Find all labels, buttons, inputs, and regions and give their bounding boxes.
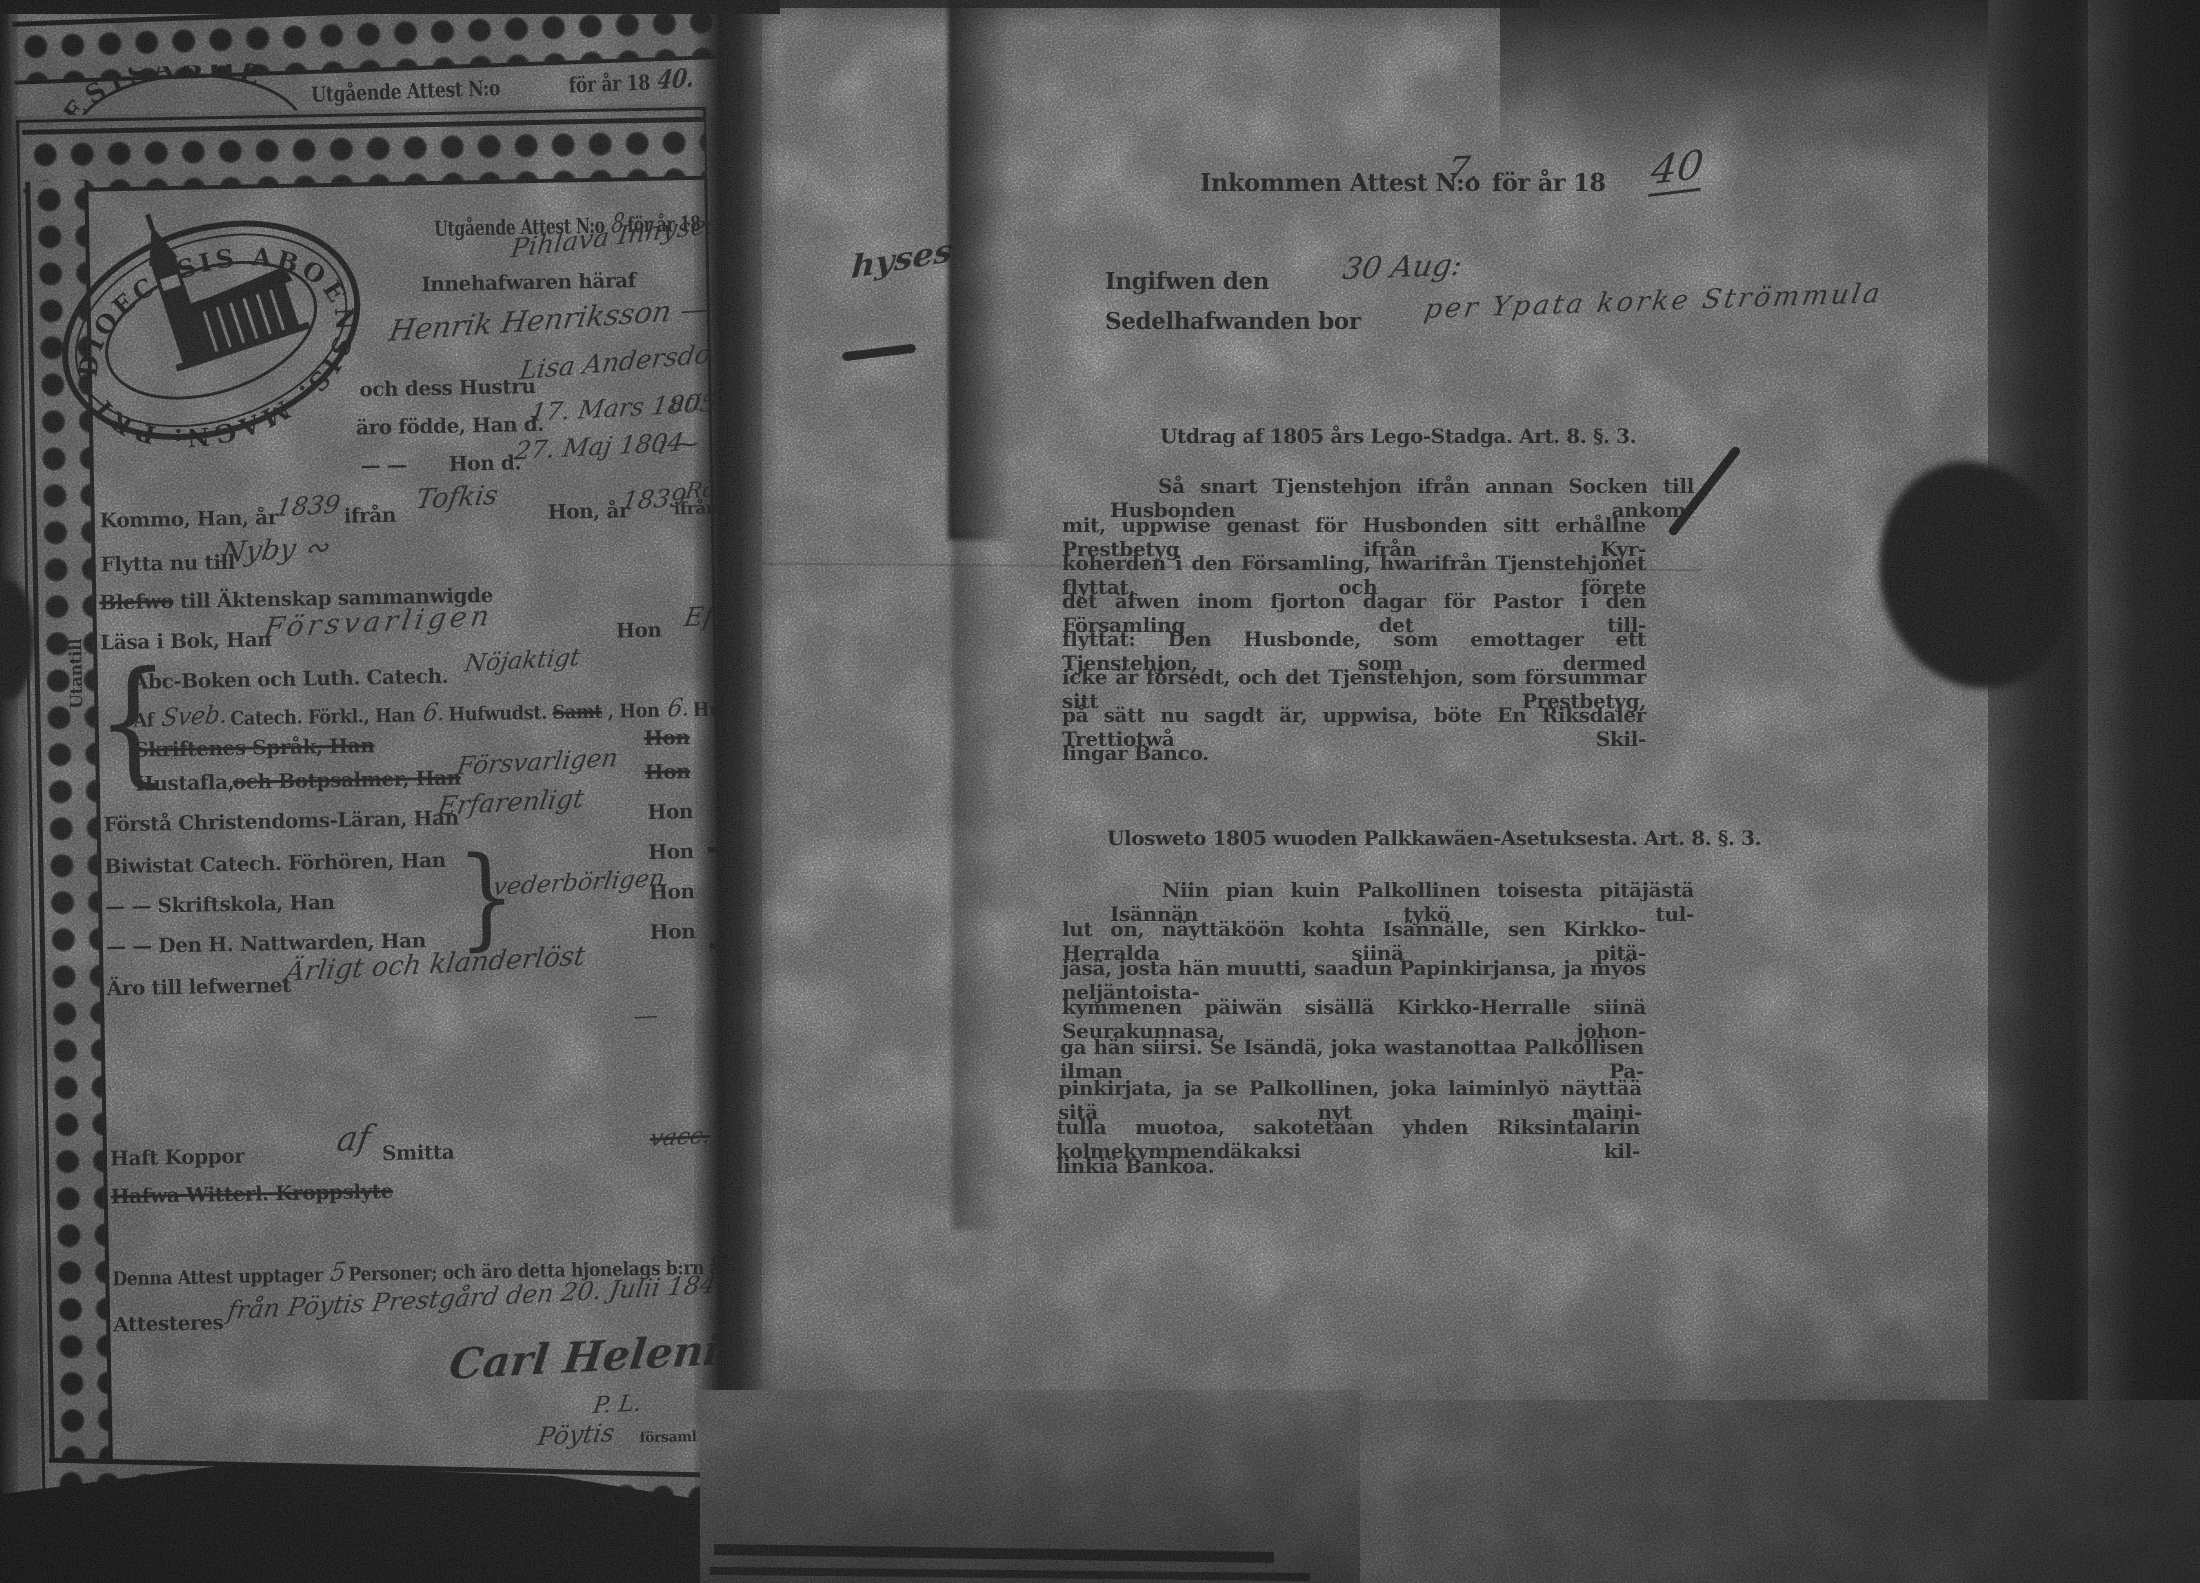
smallpox-label: Haft Koppor [110, 1144, 245, 1171]
catech-p2: Catech. Förkl., Han [230, 704, 415, 730]
title-year-printed: för år 18 [1492, 168, 1606, 197]
page-title: Inkommen Attest N:o [1200, 168, 1480, 197]
catech-p4: , Hon [608, 700, 660, 723]
left-edge-shadow [0, 0, 18, 1583]
born-she-label: Hon d. [449, 450, 522, 475]
swedish-line: lingar Banco. [1062, 741, 1646, 765]
wife-label: och dess Hustru [359, 374, 536, 401]
summary-count-hand: 5 [328, 1257, 347, 1288]
finnish-heading: Ulosweto 1805 wuoden Palkkawäen-Asetukse… [1107, 826, 1761, 850]
attest-label: Attesteres [113, 1310, 224, 1336]
came-he-place-hand: Tofkis [414, 480, 500, 515]
readbook-hon: Hon [616, 618, 662, 643]
skrift-hon-struck: Hon [644, 725, 690, 750]
holder-label: Innehafwaren häraf [421, 268, 636, 296]
move-label: Flytta nu till [100, 550, 235, 577]
catech-struck1: Samt [552, 701, 602, 724]
catech-h1: Sveb. [160, 700, 230, 733]
catech-p1: Af [133, 709, 154, 731]
born-she-dashes: — — [361, 453, 407, 478]
residence-label: Sedelhafwanden bor [1105, 308, 1360, 335]
swedish-heading: Utdrag af 1805 års Lego-Stadga. Art. 8. … [1160, 424, 1636, 448]
born-he-label: äro födde, Han d. [356, 412, 544, 440]
book-spread-photo: Inkommen Attest N:o 7. för år 18 40 Ingi… [0, 0, 2200, 1583]
biwistat-hon: Hon [648, 839, 694, 864]
came-she-label: Hon, år [547, 498, 629, 524]
parish-hand: Pöytis [536, 1418, 617, 1451]
back-title-year-hand: 40. [656, 63, 696, 96]
catech-h2: 6. [421, 697, 448, 727]
sheet-edge-shadow [948, 0, 1010, 540]
right-page: Inkommen Attest N:o 7. för år 18 40 Ingi… [762, 0, 1988, 1583]
conduct-she-dash: — [632, 1001, 661, 1030]
skriftskola-label: — — Skriftskola, Han [105, 890, 335, 918]
skrift-struck: Skriftenes Språk, Han [134, 733, 375, 762]
title-printed: Inkommen Attest N:o [1200, 168, 1480, 197]
sheet-edge-shadow-lower [952, 530, 1000, 1230]
marriage-struck: Blefwo [99, 589, 173, 614]
top-edge-left [0, 0, 780, 14]
bottom-right-shade [1360, 1400, 2200, 1583]
left-page: DIOECESIS ABOENSIS. MAGN: PRINC: FINL. [14, 103, 735, 1550]
received-label: Ingifwen den [1105, 268, 1269, 295]
received-value-hand: 30 Aug: [1340, 248, 1465, 287]
smallpox-mid-hand: af [334, 1118, 373, 1160]
came-he-year-hand: 1839 [274, 490, 343, 523]
finnish-line: linkiä Bankoa. [1056, 1154, 1640, 1178]
signature-title-hand: P. L. [591, 1390, 643, 1419]
church-engraving-icon [128, 177, 310, 372]
came-he-from-label: ifrån [344, 503, 397, 528]
summary-p1: Denna Attest upptager [112, 1264, 323, 1290]
move-value-hand: Nyby ∾ [219, 530, 331, 569]
back-title-year-printed: för år 18 [568, 70, 650, 98]
top-edge-right [780, 0, 1540, 8]
diocese-seal: DIOECESIS ABOENSIS. MAGN: PRINC: FINL. [43, 167, 379, 483]
christendom-hon: Hon [647, 799, 693, 824]
hustafla-label: Hustafla, [135, 770, 235, 796]
came-he-label: Kommo, Han, år [100, 505, 279, 532]
catech-h3: 6. [665, 692, 692, 722]
smallpox-label2: Smitta [382, 1140, 455, 1165]
skriftskola-hon: Hon [649, 879, 695, 904]
conduct-label: Äro till lefwernet [107, 973, 291, 1001]
book-gutter [694, 0, 778, 1583]
parish-printed: församl [639, 1429, 696, 1446]
back-title-printed: Utgående Attest N:o [311, 75, 501, 107]
hustafla-struck: och Botpsalmer, Han [233, 766, 461, 794]
utantill-label: Utantill [66, 639, 87, 709]
hustafla-hon-struck: Hon [644, 759, 690, 784]
nattwarden-hon: Hon [650, 919, 696, 944]
page-stack-highlight [2088, 0, 2104, 1583]
catech-p3: Hufwudst. [448, 702, 547, 726]
